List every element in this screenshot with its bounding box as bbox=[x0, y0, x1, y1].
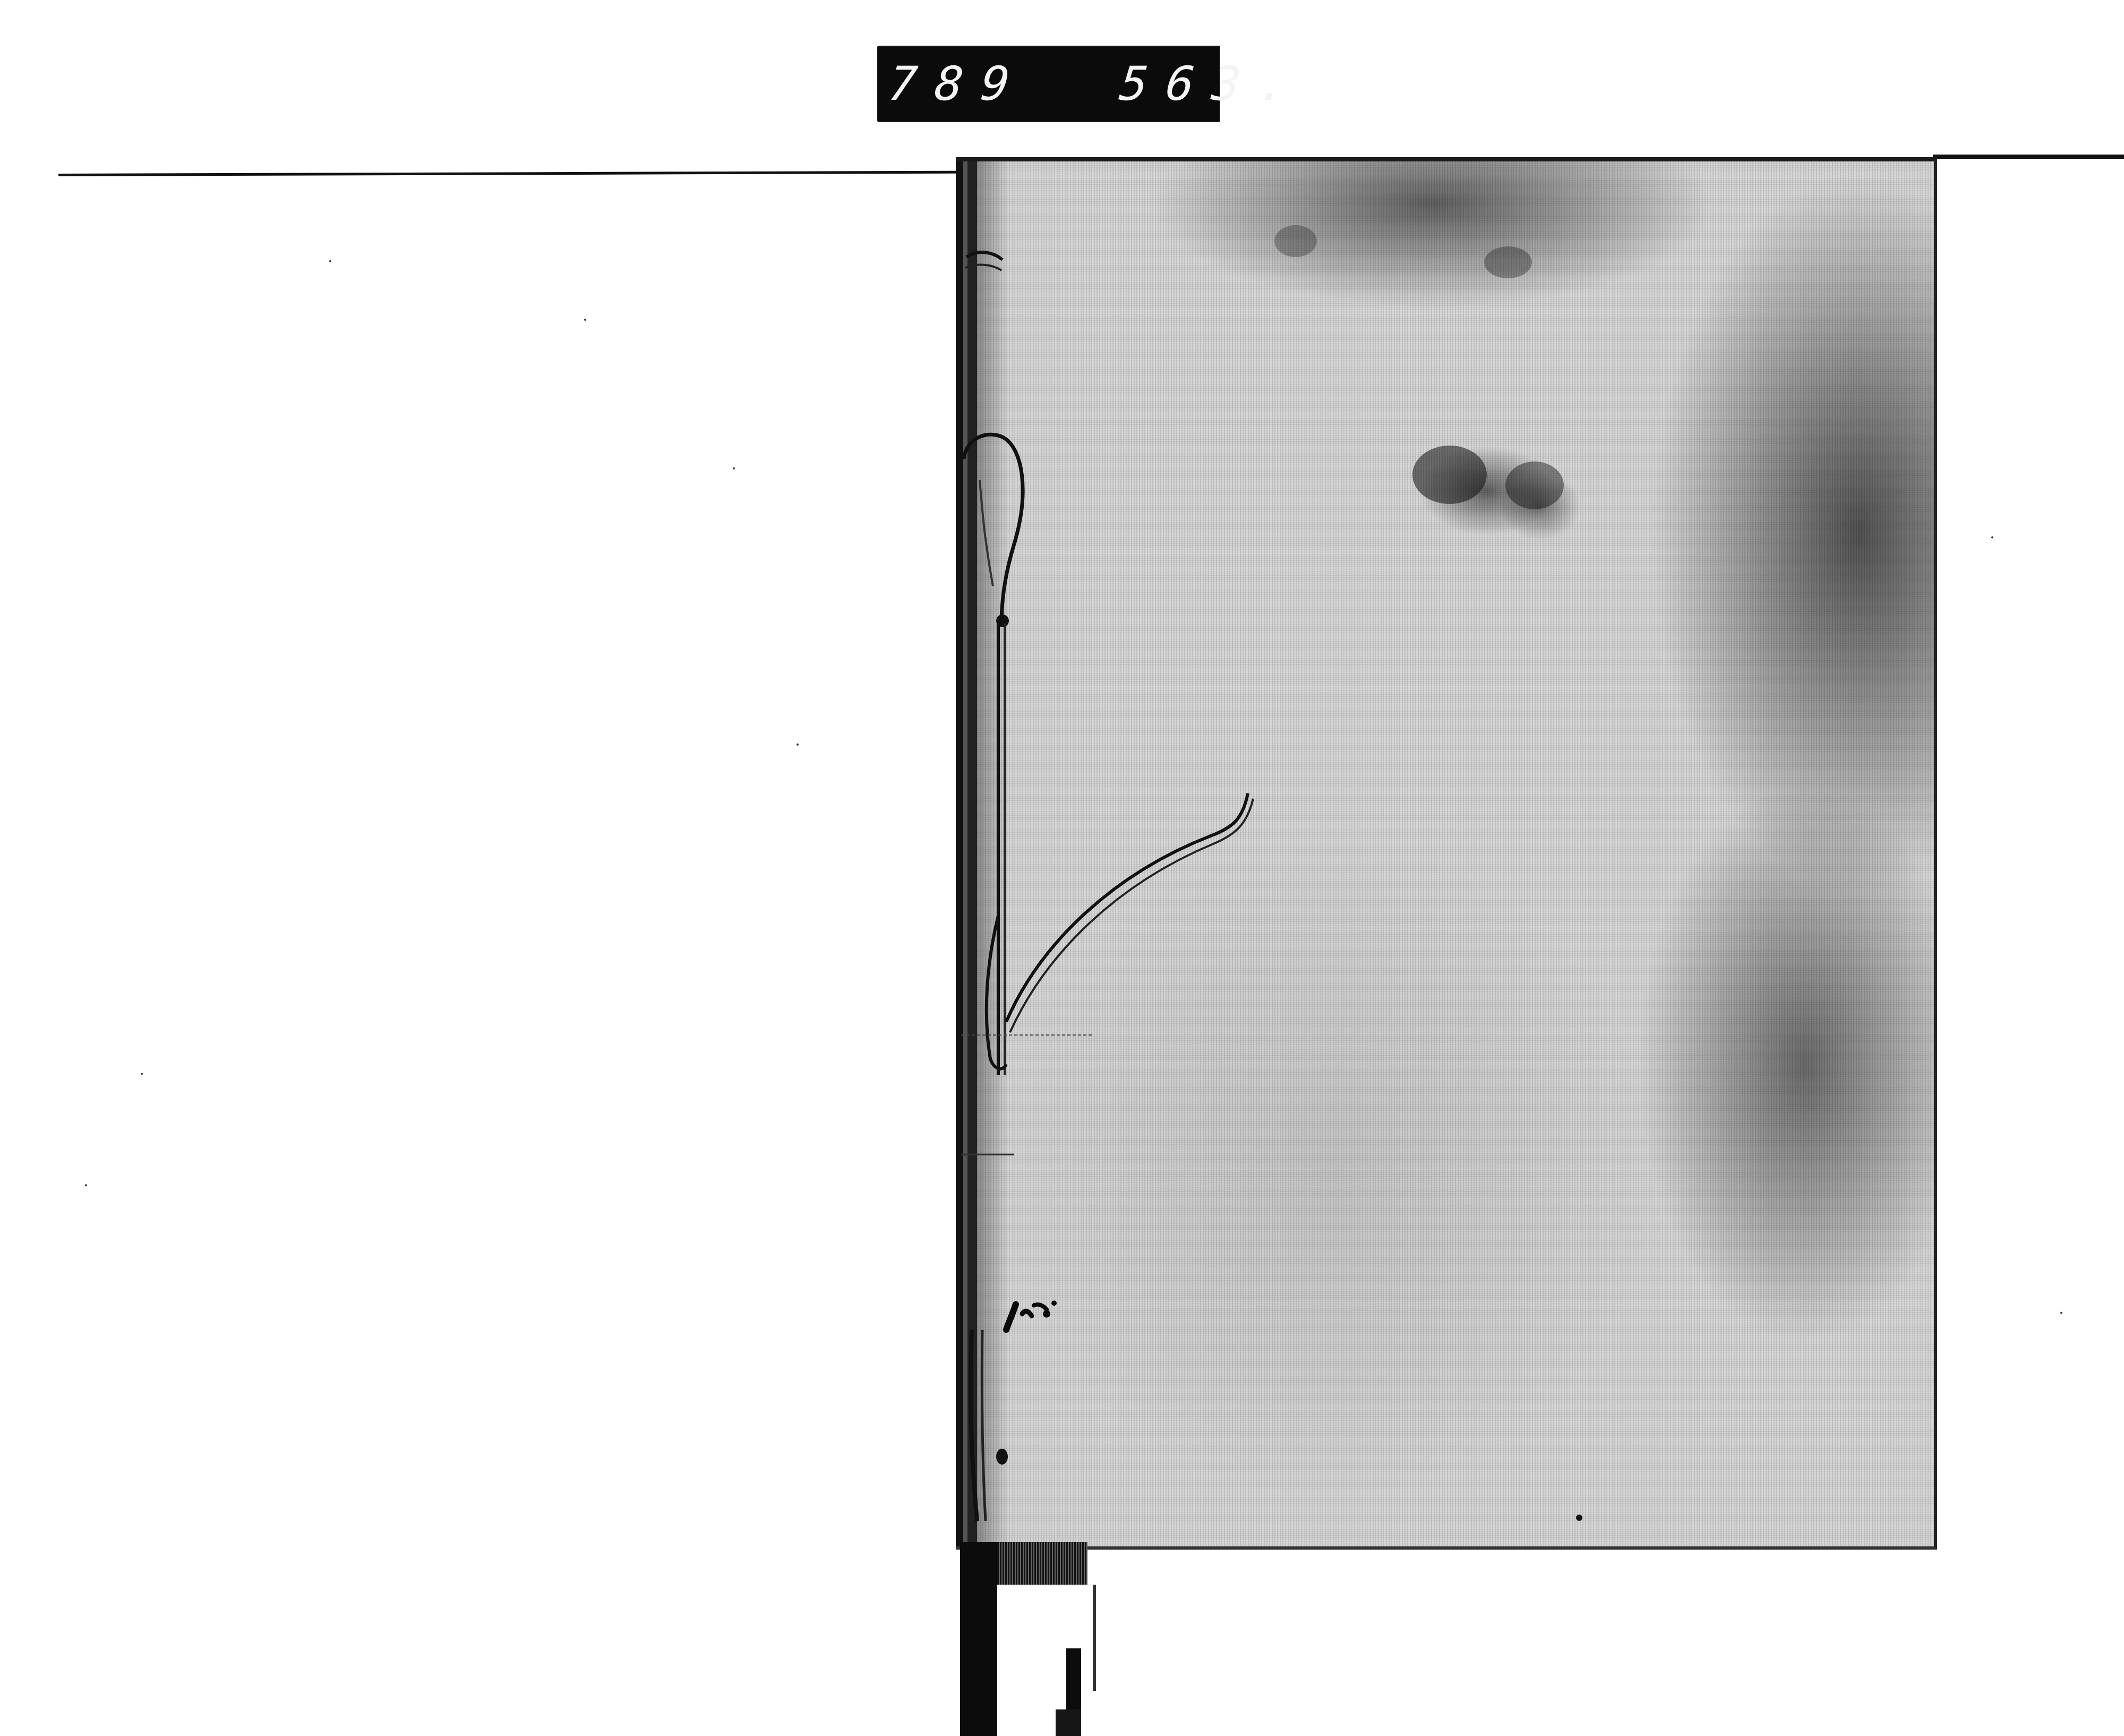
edge-band bbox=[1093, 1585, 1096, 1691]
ink-dot bbox=[996, 1449, 1008, 1465]
scan-speck bbox=[1991, 536, 1993, 538]
ink-dot-small bbox=[1576, 1515, 1582, 1521]
handwritten-ink-mark-icon bbox=[1001, 1298, 1059, 1335]
binding-thread-icon bbox=[956, 161, 1934, 1546]
scan-speck bbox=[733, 467, 735, 469]
scanned-page: 789 563. bbox=[0, 0, 2124, 1736]
edge-band bbox=[1056, 1709, 1081, 1736]
edge-band bbox=[960, 1542, 997, 1736]
scan-speck bbox=[584, 319, 586, 321]
scan-speck bbox=[141, 1073, 143, 1075]
edge-band bbox=[997, 1542, 1087, 1585]
horizontal-rule-right bbox=[1933, 155, 2124, 159]
scan-speck bbox=[2060, 1312, 2062, 1314]
scan-speck bbox=[329, 260, 331, 262]
scan-speck bbox=[85, 1184, 87, 1186]
call-number-label: 789 563. bbox=[877, 46, 1220, 122]
book-cover bbox=[956, 157, 1937, 1550]
call-number-text: 789 563. bbox=[886, 61, 1307, 107]
book-edge-strip bbox=[960, 1542, 1099, 1736]
scan-speck bbox=[796, 743, 799, 746]
horizontal-rule-left bbox=[58, 171, 977, 176]
